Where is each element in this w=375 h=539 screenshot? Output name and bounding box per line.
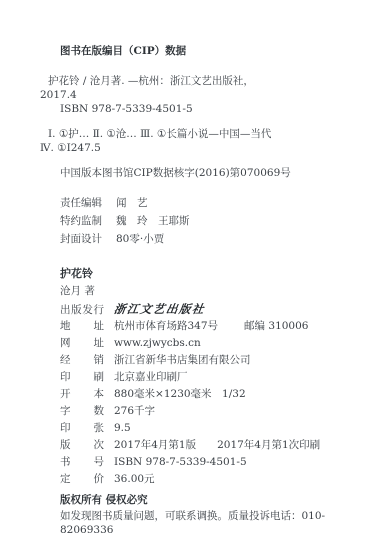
cip-entry-line1: 护花铃 / 沧月著. —杭州：浙江文艺出版社， <box>40 74 347 88</box>
book-author: 沧月 著 <box>40 284 347 298</box>
pub-row-address: 地址 杭州市体育场路347号 邮编 310006 <box>40 318 347 335</box>
pub-value: 36.00元 <box>114 471 155 488</box>
pub-value: 浙江省新华书店集团有限公司 <box>114 352 251 369</box>
pub-label: 定价 <box>60 471 104 488</box>
pub-value: 880毫米×1230毫米 1/32 <box>114 386 246 403</box>
pub-row-printer: 印刷 北京嘉业印刷厂 <box>40 369 347 386</box>
pub-row-format: 开本 880毫米×1230毫米 1/32 <box>40 386 347 403</box>
credit-label: 封面设计 <box>60 230 108 248</box>
classification-line2: Ⅳ. ①I247.5 <box>40 141 347 155</box>
publication-info-block: 出版发行 浙江文艺出版社 地址 杭州市体育场路347号 邮编 310006 网址… <box>40 301 347 488</box>
pub-row-publisher: 出版发行 浙江文艺出版社 <box>40 301 347 318</box>
pub-value: 杭州市体育场路347号 <box>114 318 218 335</box>
pub-value: www.zjwycbs.cn <box>114 335 201 352</box>
postcode: 邮编 310006 <box>244 318 308 335</box>
cip-entry-line2: 2017.4 <box>40 88 347 102</box>
pub-label: 印张 <box>60 420 104 437</box>
pub-label: 版次 <box>60 437 104 454</box>
cip-record-number: 中国版本图书馆CIP数据核字(2016)第070069号 <box>40 166 347 180</box>
credit-label: 责任编辑 <box>60 194 108 212</box>
copyright-notice: 版权所有 侵权必究 <box>40 493 347 507</box>
isbn-line: ISBN 978-7-5339-4501-5 <box>40 102 347 116</box>
pub-row-edition: 版次 2017年4月第1版 2017年4月第1次印刷 <box>40 437 347 454</box>
quality-notice: 如发现图书质量问题，可联系调换。质量投诉电话：010-82069336 <box>40 509 347 537</box>
credit-row-editor: 责任编辑 闻 艺 <box>40 194 347 212</box>
credit-value: 闻 艺 <box>116 194 148 212</box>
copyright-page: 图书在版编目（CIP）数据 护花铃 / 沧月著. —杭州：浙江文艺出版社， 20… <box>0 0 375 539</box>
cip-header: 图书在版编目（CIP）数据 <box>40 44 347 58</box>
pub-label: 地址 <box>60 318 104 335</box>
publisher-logotype: 浙江文艺出版社 <box>113 301 206 318</box>
pub-label: 网址 <box>60 335 104 352</box>
pub-row-word-count: 字数 276千字 <box>40 403 347 420</box>
book-title: 护花铃 <box>40 267 347 281</box>
pub-label: 印刷 <box>60 369 104 386</box>
pub-row-distributor: 经销 浙江省新华书店集团有限公司 <box>40 352 347 369</box>
credit-value: 80零·小贾 <box>116 230 164 248</box>
pub-row-sheets: 印张 9.5 <box>40 420 347 437</box>
pub-value: ISBN 978-7-5339-4501-5 <box>114 454 247 471</box>
pub-value: 2017年4月第1版 2017年4月第1次印刷 <box>114 437 320 454</box>
pub-row-website: 网址 www.zjwycbs.cn <box>40 335 347 352</box>
pub-label: 出版发行 <box>60 302 104 319</box>
pub-label: 经销 <box>60 352 104 369</box>
credit-value: 魏 玲 王耶斯 <box>116 212 190 230</box>
classification-line1: Ⅰ. ①护… Ⅱ. ①沧… Ⅲ. ①长篇小说—中国—当代 <box>40 127 347 141</box>
pub-value: 9.5 <box>114 420 131 437</box>
pub-row-isbn: 书号 ISBN 978-7-5339-4501-5 <box>40 454 347 471</box>
credit-row-cover-design: 封面设计 80零·小贾 <box>40 230 347 248</box>
pub-row-price: 定价 36.00元 <box>40 471 347 488</box>
pub-value: 北京嘉业印刷厂 <box>114 369 188 386</box>
pub-label: 字数 <box>60 403 104 420</box>
pub-label: 开本 <box>60 386 104 403</box>
credit-row-supervisor: 特约监制 魏 玲 王耶斯 <box>40 212 347 230</box>
pub-label: 书号 <box>60 454 104 471</box>
credit-label: 特约监制 <box>60 212 108 230</box>
credits-block: 责任编辑 闻 艺 特约监制 魏 玲 王耶斯 封面设计 80零·小贾 <box>40 194 347 248</box>
pub-value: 276千字 <box>114 403 155 420</box>
